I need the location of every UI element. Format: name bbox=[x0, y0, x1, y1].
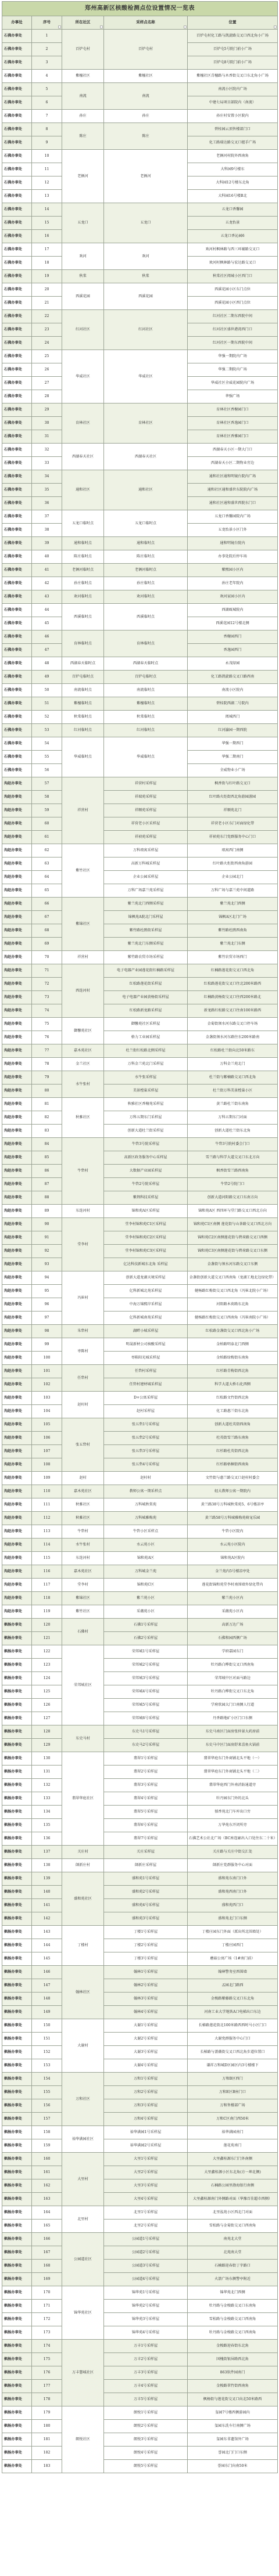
sample-name-cell: 万科金兰苑北门采样屋 bbox=[104, 1058, 188, 1071]
location-cell: 锦和苑A区院内 bbox=[188, 1552, 278, 1565]
sample-name-cell: 东史马2号采样屋 bbox=[104, 1739, 188, 1752]
table-row: 枫杨办事处157万和4号采样屋万和C区南门西50米 bbox=[2, 2113, 278, 2126]
index-cell: 167 bbox=[32, 2246, 62, 2260]
location-cell: 五龙怡景小区门外 bbox=[188, 524, 278, 537]
sample-name-cell: 朗悦5号采样屋 bbox=[104, 2460, 188, 2473]
table-row: 沟赵办事处97亿科新城南苑采样屋健杨路红梅街交叉口西南角（冯崔南院小广场） bbox=[2, 1312, 278, 1325]
office-cell: 枫杨办事处 bbox=[2, 1619, 32, 1632]
table-row: 枫杨办事处144丁楼2号采样屋丁楼庄园西门 bbox=[2, 1939, 278, 1952]
office-cell: 沟赵办事处 bbox=[2, 1258, 32, 1271]
table-row: 沟赵办事处87牛砦2号院采样屋牛砦2号院门口 bbox=[2, 1178, 278, 1191]
index-cell: 116 bbox=[32, 1565, 62, 1579]
office-cell: 枫杨办事处 bbox=[2, 1685, 32, 1699]
index-cell: 166 bbox=[32, 2233, 62, 2246]
table-row: 沟赵办事处101任砦村任砦村采样屋红杉路青梅街西北角 bbox=[2, 1365, 278, 1378]
location-cell: 黄兰路38号万科城秋棠苑5、6号楼凉亭 bbox=[188, 1498, 278, 1512]
header-location[interactable]: 位置 bbox=[188, 16, 278, 30]
location-cell: 師新庄党群服务中心对面 bbox=[188, 1859, 278, 1872]
table-row: 沟赵办事处85高新区政务服务中心采样屋雪兰路与科学大道交叉口东北方向 bbox=[2, 1151, 278, 1165]
location-cell: 西湖春天小区二期物业旁边 bbox=[188, 457, 278, 470]
location-cell: 红叶路火炬街西北角游园游园 bbox=[188, 791, 278, 804]
location-cell: 南流小区院内 bbox=[188, 684, 278, 697]
location-cell: 阅城西门 bbox=[188, 711, 278, 724]
index-cell: 153 bbox=[32, 2059, 62, 2073]
sample-name-cell: 教师公寓一期采样点 bbox=[104, 1485, 188, 1498]
index-cell: 147 bbox=[32, 1979, 62, 1993]
table-row: 沟赵办事处89东连河村锦和苑A区采样屋锦和苑A区 西四环与堂门路交叉口西北方向 bbox=[2, 1205, 278, 1218]
sample-name-cell: 荣邦城2号采样屋 bbox=[104, 1659, 188, 1672]
sample-name-cell: 万丰5号采样屋 bbox=[104, 2393, 188, 2406]
office-cell: 石佛办事处 bbox=[2, 297, 32, 310]
sample-name-cell: 万丰2号采样屋 bbox=[104, 2353, 188, 2366]
table-row: 沟赵办事处91堂李村锦和苑C2区采样屋锦和苑C2区南侧莲花街与碧荷路交叉口西侧 bbox=[2, 1231, 278, 1245]
sample-name-cell: 张五砦4号采样屋 bbox=[104, 1458, 188, 1472]
table-row: 枫杨办事处145丁楼3号采样屋蘑菇公寓广场（1#南门前） bbox=[2, 1952, 278, 1966]
sample-name-cell: 百炉屯村 bbox=[104, 30, 188, 70]
location-cell: 永茂绿园 bbox=[188, 657, 278, 671]
index-cell: 133 bbox=[32, 1792, 62, 1806]
table-row: 石佛办事处39通和临时点通和临时点通和明镜台院内 bbox=[2, 537, 278, 550]
office-cell: 石佛办事处 bbox=[2, 403, 32, 417]
index-cell: 151 bbox=[32, 2033, 62, 2046]
office-cell: 沟赵办事处 bbox=[2, 1205, 32, 1218]
sample-name-cell: 锦和苑A区 bbox=[104, 1552, 188, 1565]
sample-name-cell: 紫兰苑北门西侧采样屋 bbox=[104, 898, 188, 911]
header-index[interactable]: 序号 bbox=[32, 16, 62, 30]
office-cell: 枫杨办事处 bbox=[2, 1912, 32, 1926]
sample-name-cell: 翰林4号采样屋 bbox=[104, 2006, 188, 2019]
sample-name-cell: 公园道2号采样屋 bbox=[104, 2246, 188, 2260]
index-cell: 136 bbox=[32, 1832, 62, 1846]
table-row: 沟赵办事处83创新大道杜兰街采样屋创新大道杜兰街东北角 bbox=[2, 1125, 278, 1138]
table-row: 沟赵办事处84牛砦村牛砦3号院采样屋牛砦3号院村委会门口 bbox=[2, 1138, 278, 1151]
table-row: 沟赵办事处106张五砦2号采样屋杜英街雪兰路东南角 bbox=[2, 1432, 278, 1445]
table-row: 沟赵办事处66紫锦社区紫兰苑北门西侧采样屋紫兰苑北门西侧 bbox=[2, 898, 278, 911]
office-cell: 枫杨办事处 bbox=[2, 1859, 32, 1872]
office-cell: 沟赵办事处 bbox=[2, 1231, 32, 1245]
location-cell: 祥顺苑北门 bbox=[188, 804, 278, 817]
office-cell: 石佛办事处 bbox=[2, 70, 32, 83]
sample-name-cell: 水牛张采样屋 bbox=[104, 1071, 188, 1085]
table-row: 石佛办事处50南流临时点南流临时点南流小区院内 bbox=[2, 684, 278, 697]
sample-name-cell: 万和1号采样屋 bbox=[104, 2073, 188, 2086]
index-cell: 91 bbox=[32, 1231, 62, 1245]
index-cell: 56 bbox=[32, 764, 62, 777]
table-row: 枫杨办事处162大里3号采样屋石楠路公园里渤海银行南侧 bbox=[2, 2179, 278, 2193]
office-cell: 沟赵办事处 bbox=[2, 1485, 32, 1498]
index-cell: 83 bbox=[32, 1125, 62, 1138]
location-cell: 枫香街与红叶路交叉口 bbox=[188, 777, 278, 791]
community-cell: 欢河临时点 bbox=[62, 590, 104, 604]
sample-name-cell: 祥祯苑采样屋 bbox=[104, 831, 188, 844]
office-cell: 沟赵办事处 bbox=[2, 1098, 32, 1111]
index-cell: 33 bbox=[32, 457, 62, 470]
location-cell: 万科广场与嘉兰苑中间道路 bbox=[188, 884, 278, 898]
office-cell: 沟赵办事处 bbox=[2, 791, 32, 804]
sample-name-cell: 西溪临时点 bbox=[104, 604, 188, 631]
table-row: 枫杨办事处156万和3号采样屋万和售楼部广场 bbox=[2, 2099, 278, 2113]
location-cell: 锦和苑A区 西四环与堂门路交叉口西北方向 bbox=[188, 1205, 278, 1218]
sample-name-cell: 通和社区 bbox=[104, 470, 188, 510]
location-cell: 创新大道杜兰街东北角 bbox=[188, 1125, 278, 1138]
location-cell: 育林社区香雅园门口 bbox=[188, 430, 278, 444]
community-cell: 南流 bbox=[62, 83, 104, 110]
index-cell: 119 bbox=[32, 1605, 62, 1619]
location-cell: 育林社区香逸园门口 bbox=[188, 417, 278, 430]
sample-name-cell: 杜兰街红松路北侧采样屋 bbox=[104, 1044, 188, 1058]
table-row: 石佛办事处41老俩河临时点老俩河临时点紫熙园小区内 bbox=[2, 564, 278, 577]
office-cell: 石佛办事处 bbox=[2, 363, 32, 377]
office-cell: 石佛办事处 bbox=[2, 671, 32, 684]
sample-name-cell: 盛和苑4号采样屋 bbox=[104, 1899, 188, 1912]
index-cell: 71 bbox=[32, 964, 62, 978]
office-cell: 沟赵办事处 bbox=[2, 1458, 32, 1472]
index-cell: 67 bbox=[32, 911, 62, 924]
table-title-row: 郑州高新区核酸检测点位设置情况一览表 bbox=[2, 2, 278, 16]
location-cell: 牡丹路白桦街交叉口东北角 bbox=[188, 1685, 278, 1699]
office-cell: 沟赵办事处 bbox=[2, 978, 32, 991]
table-row: 沟赵办事处72红松路莲花街采样屋红松路莲花街交叉口往北200米路西 bbox=[2, 978, 278, 991]
table-row: 枫杨办事处131翡翠2号采样屋翡翠华庭东门外商铺北头平地（二） bbox=[2, 1766, 278, 1779]
table-row: 石佛办事处22红河社区红河社区红河社区二期东西院中间 bbox=[2, 310, 278, 323]
table-row: 沟赵办事处90堂李村堂李村锦和苑C1区采样屋锦和苑C1区南侧 莲花街与山茶路交叉… bbox=[2, 1218, 278, 1231]
office-cell: 枫杨办事处 bbox=[2, 2406, 32, 2420]
office-cell: 沟赵办事处 bbox=[2, 1058, 32, 1071]
office-cell: 石佛办事处 bbox=[2, 430, 32, 444]
index-cell: 143 bbox=[32, 1926, 62, 1939]
table-row: 枫杨办事处133翡翠4号采样屋牡丹园东门外的北头 bbox=[2, 1792, 278, 1806]
index-cell: 42 bbox=[32, 577, 62, 590]
index-cell: 140 bbox=[32, 1886, 62, 1899]
office-cell: 沟赵办事处 bbox=[2, 1111, 32, 1125]
sample-name-cell: 红河社区 bbox=[104, 310, 188, 350]
index-cell: 73 bbox=[32, 991, 62, 1004]
location-cell: 华强二期南门 bbox=[188, 751, 278, 764]
office-cell: 沟赵办事处 bbox=[2, 844, 32, 858]
community-cell: 金兰社区 bbox=[62, 1058, 104, 1071]
sample-name-cell: 湖畔小城采样屋 bbox=[104, 1325, 188, 1338]
community-cell: 五龙口 bbox=[62, 203, 104, 243]
sample-name-cell: 秋棠 bbox=[104, 270, 188, 283]
location-cell: 紫兰苑北门东侧 bbox=[188, 938, 278, 951]
office-cell: 枫杨办事处 bbox=[2, 2019, 32, 2033]
location-cell: 水云苑小区院内 bbox=[188, 1539, 278, 1552]
sample-name-cell: 公园道3号采样屋 bbox=[104, 2260, 188, 2273]
header-community[interactable]: 所在社区 bbox=[62, 16, 104, 30]
table-row: 枫杨办事处141盛和苑4号采样屋盛和苑西门口 bbox=[2, 1899, 278, 1912]
table-row: 沟赵办事处109赵村赵村村文竹街与惠兰路交叉口赵村村委会 bbox=[2, 1472, 278, 1485]
office-cell: 沟赵办事处 bbox=[2, 1125, 32, 1138]
sample-name-cell: 万科城雅梅苑 bbox=[104, 1512, 188, 1525]
index-cell: 46 bbox=[32, 631, 62, 644]
location-cell: 红叶路火炬街西南角游园 bbox=[188, 858, 278, 871]
index-cell: 111 bbox=[32, 1498, 62, 1512]
filter-dropdown-icon[interactable] bbox=[274, 26, 277, 28]
office-cell: 石佛办事处 bbox=[2, 176, 32, 190]
office-cell: 枫杨办事处 bbox=[2, 1966, 32, 1979]
table-row: 枫杨办事处134翡翠5号采样屋郁香苑北门车库出口旁 bbox=[2, 1806, 278, 1819]
sample-name-cell: 张五砦2号采样屋 bbox=[104, 1432, 188, 1445]
office-cell: 石佛办事处 bbox=[2, 43, 32, 56]
sample-name-cell: 创新大道龙湖天境采样屋 bbox=[104, 1271, 188, 1285]
table-row: 石佛办事处17欢河欢河欢河村枫林路与西三环辅路交叉口 bbox=[2, 243, 278, 257]
location-cell: 雪松路与金梭路交叉口西南角 bbox=[188, 2313, 278, 2326]
location-cell: 郁香苑北门车库出口旁 bbox=[188, 1806, 278, 1819]
community-cell: 大谢村 bbox=[62, 2019, 104, 2073]
community-cell: 紫竹社区 bbox=[62, 1605, 104, 1619]
location-cell: 新龙路红松路交叉口往南100米路西 bbox=[188, 1004, 278, 1018]
community-cell: 张五砦村 bbox=[62, 1418, 104, 1472]
office-cell: 石佛办事处 bbox=[2, 484, 32, 497]
index-cell: 85 bbox=[32, 1151, 62, 1165]
location-cell: 莲花街锦和苑堂李村南围墙外绿化带内 bbox=[188, 1579, 278, 1592]
community-cell: 锦华苑社区 bbox=[62, 2286, 104, 2340]
index-cell: 48 bbox=[32, 657, 62, 671]
index-cell: 58 bbox=[32, 791, 62, 804]
index-cell: 105 bbox=[32, 1418, 62, 1432]
table-row: 沟赵办事处107张五砦3号采样屋红杉路杜英街西北角 bbox=[2, 1445, 278, 1458]
sample-name-cell: 锦枫苑A院北门采样屋 bbox=[104, 911, 188, 924]
sample-name-cell: 万科广场嘉兰苑采样屋 bbox=[104, 884, 188, 898]
index-cell: 38 bbox=[32, 524, 62, 537]
index-cell: 80 bbox=[32, 1085, 62, 1098]
office-cell: 枫杨办事处 bbox=[2, 2313, 32, 2326]
table-row: 枫杨办事处176万丰3号采样屋863软件园南门 bbox=[2, 2366, 278, 2380]
location-cell: 丁楼庄园西门 bbox=[188, 1939, 278, 1952]
location-cell: 长椿路与蔷薇街交叉口西北角步道位置口 bbox=[188, 2046, 278, 2059]
office-cell: 枫杨办事处 bbox=[2, 2260, 32, 2273]
office-cell: 枫杨办事处 bbox=[2, 1886, 32, 1899]
office-cell: 石佛办事处 bbox=[2, 270, 32, 283]
location-cell: 老俩河村院外西南角 bbox=[188, 150, 278, 163]
sample-name-cell: 高新万科城采样屋 bbox=[104, 858, 188, 871]
office-cell: 沟赵办事处 bbox=[2, 1178, 32, 1191]
sample-name-cell: 秋雅社区香榭苑采样屋 bbox=[104, 1098, 188, 1111]
table-row: 沟赵办事处110嘉木苑社区教师公寓一期采样点轻大教师公寓一期院内 bbox=[2, 1485, 278, 1498]
header-sample-name[interactable]: 采样点名称 bbox=[104, 16, 188, 30]
sample-name-cell: 祥营老小区采样屋 bbox=[104, 817, 188, 831]
table-row: 枫杨办事处132翡翠3号采样屋翡翠华庭西门外南消防通道旁 bbox=[2, 1779, 278, 1792]
location-cell: 金柏路绿梅街东南角 bbox=[188, 1352, 278, 1365]
office-cell: 石佛办事处 bbox=[2, 724, 32, 737]
sample-name-cell: 朗悦2号采样屋 bbox=[104, 2420, 188, 2433]
community-cell: 嘉木苑社区 bbox=[62, 1044, 104, 1058]
location-cell: 育林社区香榭园门口 bbox=[188, 403, 278, 417]
location-cell: 琅寓西门南侧 bbox=[188, 844, 278, 858]
office-cell: 枫杨办事处 bbox=[2, 2353, 32, 2366]
table-row: 沟赵办事处117堂李村锦和苑C区莲花街锦和苑堂李村南围墙外绿化带内 bbox=[2, 1579, 278, 1592]
table-row: 沟赵办事处93亿达科技新城东北角 采样屋金盏街与须水河东路交叉口东侧 bbox=[2, 1258, 278, 1271]
location-cell: 祥营老小区东门对面绿化带 bbox=[188, 817, 278, 831]
community-cell: 华威临时点 bbox=[62, 737, 104, 777]
table-row: 沟赵办事处79水牛张村水牛张采样屋杜兰街与紫楠路交叉口西北角 bbox=[2, 1071, 278, 1085]
index-cell: 171 bbox=[32, 2300, 62, 2313]
index-cell: 168 bbox=[32, 2260, 62, 2273]
location-cell: 红河瀛园一期西院 bbox=[188, 724, 278, 737]
sample-name-cell: 朗悦3号采样屋 bbox=[104, 2433, 188, 2447]
table-row: 沟赵办事处78金兰社区万科金兰苑北门采样屋万科金兰苑北门 bbox=[2, 1058, 278, 1071]
index-cell: 76 bbox=[32, 1031, 62, 1044]
table-row: 枫杨办事处171锦华苑2号采样屋牡丹路与金梭路交叉口东南角 bbox=[2, 2300, 278, 2313]
location-cell: 金梭路迎春街东北角 bbox=[188, 2340, 278, 2353]
sample-name-cell: 牛砦小区采样点 bbox=[104, 1525, 188, 1539]
location-cell: 杜英街雪兰路东南角 bbox=[188, 1432, 278, 1445]
index-cell: 172 bbox=[32, 2313, 62, 2326]
index-cell: 123 bbox=[32, 1659, 62, 1672]
index-cell: 70 bbox=[32, 951, 62, 964]
sample-name-cell: 电子电器产业园莲花街红楠路采样屋 bbox=[104, 964, 188, 978]
table-row: 沟赵办事处119紫竹社区采薇苑小区采薇苑小区内 bbox=[2, 1605, 278, 1619]
location-cell: 紫檀社区青檀路与木香街交叉口东北角小广场 bbox=[188, 70, 278, 83]
location-cell: 健杨路红梅街交叉口西北角（冯崔北院小广场） bbox=[188, 1285, 278, 1298]
index-cell: 1 bbox=[32, 30, 62, 43]
sample-name-cell: 采薇苑小区 bbox=[104, 1605, 188, 1619]
table-row: 枫杨办事处128东史马村东史马1号采样屋东史马南区门面房张仲景大药房前 bbox=[2, 1725, 278, 1739]
index-cell: 114 bbox=[32, 1539, 62, 1552]
location-cell: 翡翠华庭西门外南消防通道旁 bbox=[188, 1779, 278, 1792]
office-cell: 沟赵办事处 bbox=[2, 1044, 32, 1058]
table-row: 沟赵办事处105张五砦村张五砦1号采样屋创新大道杜英街西南角 bbox=[2, 1418, 278, 1432]
office-cell: 石佛办事处 bbox=[2, 737, 32, 751]
table-title: 郑州高新区核酸检测点位设置情况一览表 bbox=[2, 2, 278, 16]
location-cell: 紫熙园小区内 bbox=[188, 564, 278, 577]
index-cell: 94 bbox=[32, 1271, 62, 1285]
office-cell: 枫杨办事处 bbox=[2, 1939, 32, 1952]
community-cell: 红河临时点 bbox=[62, 724, 104, 737]
office-cell: 枫杨办事处 bbox=[2, 1832, 32, 1846]
office-cell: 沟赵办事处 bbox=[2, 1418, 32, 1432]
sample-name-cell: 亿科新城北苑采样屋 bbox=[104, 1285, 188, 1298]
table-row: 沟赵办事处82万科五期东门采样屋万科五期东门对面 bbox=[2, 1111, 278, 1125]
community-cell: 陈庄临时点 bbox=[62, 550, 104, 564]
table-row: 沟赵办事处111秋雅社区万科城秋棠苑黄兰路38号万科城秋棠苑5、6号楼凉亭 bbox=[2, 1498, 278, 1512]
office-cell: 石佛办事处 bbox=[2, 96, 32, 110]
index-cell: 154 bbox=[32, 2073, 62, 2086]
sample-name-cell: 枣陈阳光城采样屋 bbox=[104, 1352, 188, 1365]
office-cell: 枫杨办事处 bbox=[2, 2300, 32, 2313]
office-cell: 枫杨办事处 bbox=[2, 2460, 32, 2473]
location-cell: 红河社区盛世港湾西门口 bbox=[188, 323, 278, 337]
table-row: 枫杨办事处174万丰慧城社区万丰1号采样屋金梭路迎春街东北角 bbox=[2, 2340, 278, 2353]
sample-name-cell: 东史马1号采样屋 bbox=[104, 1725, 188, 1739]
office-cell: 石佛办事处 bbox=[2, 684, 32, 697]
index-cell: 117 bbox=[32, 1579, 62, 1592]
index-cell: 115 bbox=[32, 1552, 62, 1565]
index-cell: 88 bbox=[32, 1191, 62, 1205]
sample-name-cell: 亿科新城南苑采样屋 bbox=[104, 1312, 188, 1325]
index-cell: 39 bbox=[32, 537, 62, 550]
location-cell: 雪松路与金菊街交叉口西南角 bbox=[188, 2220, 278, 2233]
location-cell: 金盏街与须水河东路交叉口东侧 bbox=[188, 1258, 278, 1271]
office-cell: 枫杨办事处 bbox=[2, 2206, 32, 2220]
index-cell: 32 bbox=[32, 444, 62, 457]
office-cell: 石佛办事处 bbox=[2, 631, 32, 644]
community-cell: 荣邦城社区 bbox=[62, 1645, 104, 1725]
location-cell: 莲花苑南门 bbox=[188, 2139, 278, 2153]
location-cell: 玺园7号楼西侧游园内 bbox=[188, 2406, 278, 2420]
sample-name-cell: 丁楼1号采样屋 bbox=[104, 1926, 188, 1939]
table-row: 沟赵办事处104赵村采样屋化工路惠兰街东北角 bbox=[2, 1405, 278, 1418]
index-cell: 12 bbox=[32, 176, 62, 190]
location-cell: 西湖春天小区一期大门口 bbox=[188, 444, 278, 457]
index-cell: 152 bbox=[32, 2046, 62, 2059]
location-cell: 万科金兰苑北门 bbox=[188, 1058, 278, 1071]
sample-name-cell: 红河临时点 bbox=[104, 724, 188, 737]
community-cell: 石佛村 bbox=[62, 1619, 104, 1645]
index-cell: 2 bbox=[32, 43, 62, 56]
office-cell: 枫杨办事处 bbox=[2, 2246, 32, 2260]
table-row: 沟赵办事处115东连河村锦和苑A区锦和苑A区院内 bbox=[2, 1552, 278, 1565]
location-cell: 翡翠华庭东门外商铺北头平地（二） bbox=[188, 1766, 278, 1779]
sample-name-cell: 盛和苑1号采样屋 bbox=[104, 1872, 188, 1886]
index-cell: 35 bbox=[32, 484, 62, 497]
filter-dropdown-icon[interactable] bbox=[58, 26, 61, 28]
table-row: 沟赵办事处62紫竹社区万科琅寓采样屋琅寓西门南侧 bbox=[2, 844, 278, 858]
table-row: 石佛办事处1百炉屯村百炉屯村百炉屯村化工路与凯旋路交叉口西北角小广场 bbox=[2, 30, 278, 43]
sample-name-cell: 大数据产业园采样屋 bbox=[104, 1165, 188, 1178]
index-cell: 183 bbox=[32, 2460, 62, 2473]
location-cell: 石楠路公园里渤海银行南侧 bbox=[188, 2179, 278, 2193]
table-row: 石佛办事处48西湖春天临时点西湖春天临时点永茂绿园 bbox=[2, 657, 278, 671]
table-row: 沟赵办事处61祥祯苑采样屋祥祯苑东门党群服务中心门口 bbox=[2, 831, 278, 844]
index-cell: 4 bbox=[32, 70, 62, 83]
index-cell: 52 bbox=[32, 711, 62, 724]
office-cell: 石佛办事处 bbox=[2, 310, 32, 323]
index-cell: 19 bbox=[32, 270, 62, 283]
table-row: 沟赵办事处103赵村村D+公寓采样屋红松路文竹街西北角 bbox=[2, 1392, 278, 1405]
location-cell: 红松路文竹街西北角 bbox=[188, 1392, 278, 1405]
header-label: 位置 bbox=[229, 20, 237, 24]
office-cell: 枫杨办事处 bbox=[2, 2273, 32, 2286]
location-cell: 轻大教师公寓一期院内 bbox=[188, 1485, 278, 1498]
office-cell: 沟赵办事处 bbox=[2, 1352, 32, 1365]
community-cell: 万和社区 bbox=[62, 2073, 104, 2126]
filter-dropdown-icon[interactable] bbox=[184, 26, 187, 28]
location-cell: 金梭路翠竹街西南角 bbox=[188, 2380, 278, 2393]
index-cell: 10 bbox=[32, 150, 62, 163]
table-row: 石佛办事处14五龙口五龙口五龙口香馨园 bbox=[2, 203, 278, 217]
office-cell: 沟赵办事处 bbox=[2, 1285, 32, 1298]
office-cell: 石佛办事处 bbox=[2, 323, 32, 337]
office-cell: 枫杨办事处 bbox=[2, 1752, 32, 1766]
sample-name-cell: 锦华苑3号采样屋 bbox=[104, 2313, 188, 2326]
community-cell: 水牛张村 bbox=[62, 1071, 104, 1098]
location-cell: 全威物业小广场 bbox=[188, 764, 278, 777]
table-row: 枫杨办事处183朗悦5号采样屋誉园东门向南50米 bbox=[2, 2460, 278, 2473]
sample-name-cell: 万科城金兰苑 bbox=[104, 1565, 188, 1579]
location-cell: 西溪花园小区西门点位 bbox=[188, 297, 278, 310]
filter-dropdown-icon[interactable] bbox=[100, 26, 103, 28]
office-cell: 石佛办事处 bbox=[2, 283, 32, 297]
office-cell: 沟赵办事处 bbox=[2, 831, 32, 844]
index-cell: 141 bbox=[32, 1899, 62, 1912]
community-cell: 祥营村 bbox=[62, 777, 104, 844]
index-cell: 165 bbox=[32, 2220, 62, 2233]
community-cell: 秋雅社区 bbox=[62, 1498, 104, 1512]
community-cell: 枣陈村 bbox=[62, 1338, 104, 1365]
table-row: 枫杨办事处152大谢3号采样屋长椿路与蔷薇街交叉口西北角步道位置口 bbox=[2, 2046, 278, 2059]
location-cell: 华强广场 bbox=[188, 390, 278, 403]
index-cell: 95 bbox=[32, 1285, 62, 1298]
index-cell: 99 bbox=[32, 1338, 62, 1352]
sample-name-cell: 育林临时点 bbox=[104, 631, 188, 657]
index-cell: 13 bbox=[32, 190, 62, 203]
community-cell: 冯崔村 bbox=[62, 1271, 104, 1325]
sample-name-cell: 紫竹路杜鹃街采样屋 bbox=[104, 924, 188, 938]
table-row: 枫杨办事处142盛和苑3号采样屋盛和苑北门口东侧 bbox=[2, 1912, 278, 1926]
index-cell: 107 bbox=[32, 1445, 62, 1458]
table-row: 沟赵办事处118紫锦社区紫兰苑小区紫兰苑小区内 bbox=[2, 1592, 278, 1605]
